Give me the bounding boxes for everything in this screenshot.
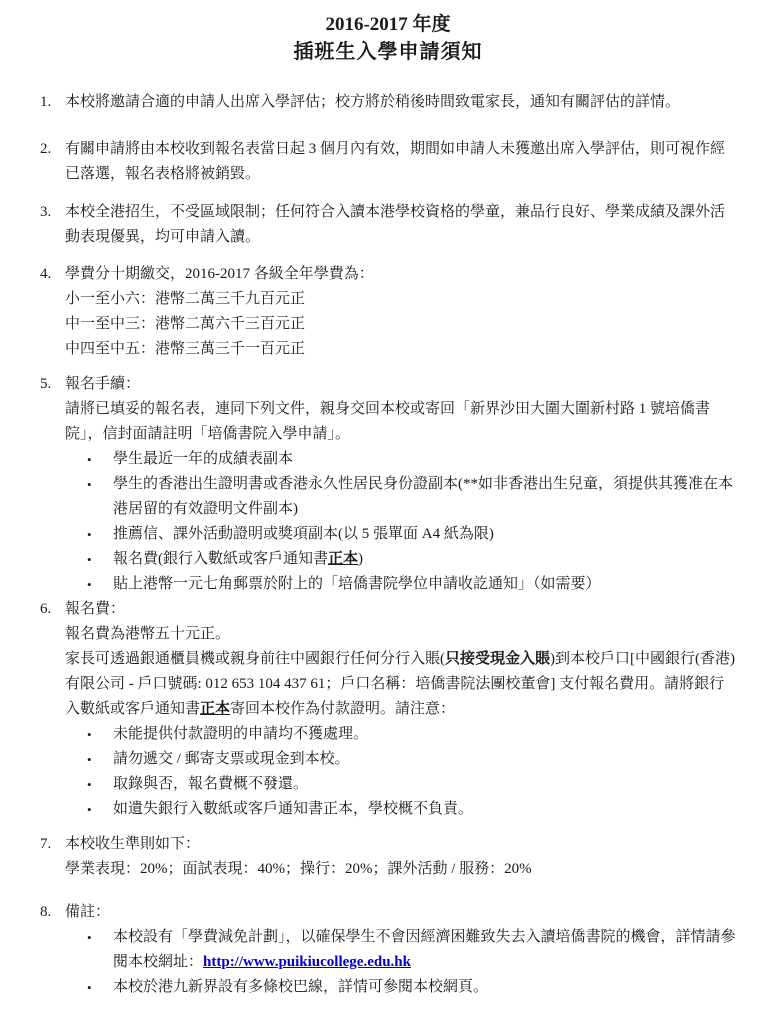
item-1: 1. 本校將邀請合適的申請人出席入學評估；校方將於稍後時間致電家長，通知有關評估… (40, 90, 736, 115)
fee-line-junior-secondary: 中一至中三：港幣二萬六千三百元正 (65, 312, 736, 337)
bullet-stamp: • 貼上港幣一元七角郵票於附上的「培僑書院學位申請收訖通知」（如需要） (87, 572, 736, 597)
bullet-icon: • (87, 472, 113, 522)
item-3: 3. 本校全港招生，不受區域限制；任何符合入讀本港學校資格的學童，兼品行良好、學… (40, 200, 736, 250)
document-title: 2016-2017 年度 插班生入學申請須知 (40, 12, 736, 66)
admission-criteria-percentages: 學業表現：20%；面試表現：40%；操行：20%；課外活動 / 服務：20% (65, 857, 736, 882)
item-6-number: 6. (40, 597, 65, 822)
item-3-text: 本校全港招生，不受區域限制；任何符合入讀本港學校資格的學童，兼品行良好、學業成績… (65, 200, 736, 250)
bullet-fee-remission: • 本校設有「學費減免計劃」，以確保學生不會因經濟困難致失去入讀培僑書院的機會，… (87, 925, 736, 975)
bullet-recommendation-letter: • 推薦信、課外活動證明或獎項副本(以 5 張單面 A4 紙為限) (87, 522, 736, 547)
bullet-icon: • (87, 447, 113, 472)
bullet-application-fee: • 報名費(銀行入數紙或客戶通知書正本) (87, 547, 736, 572)
bullet-icon: • (87, 975, 113, 1000)
original-copy-emphasis: 正本 (328, 551, 358, 567)
notice-items: 1. 本校將邀請合適的申請人出席入學評估；校方將於稍後時間致電家長，通知有關評估… (40, 90, 736, 1000)
cash-only-emphasis: 只接受現金入賬 (445, 651, 550, 667)
item-7-number: 7. (40, 832, 65, 882)
item-1-number: 1. (40, 90, 65, 115)
item-8-number: 8. (40, 900, 65, 1000)
item-5: 5. 報名手續： 請將已填妥的報名表，連同下列文件，親身交回本校或寄回「新界沙田… (40, 372, 736, 597)
bullet-no-proof: • 未能提供付款證明的申請均不獲處理。 (87, 722, 736, 747)
bullet-no-cheque: • 請勿遞交 / 郵寄支票或現金到本校。 (87, 747, 736, 772)
item-1-text: 本校將邀請合適的申請人出席入學評估；校方將於稍後時間致電家長，通知有關評估的詳情… (65, 90, 736, 115)
bullet-icon: • (87, 547, 113, 572)
item-8-bullet-list: • 本校設有「學費減免計劃」，以確保學生不會因經濟困難致失去入讀培僑書院的機會，… (87, 925, 736, 1000)
school-website-link[interactable]: http://www.puikiucollege.edu.hk (203, 954, 411, 970)
item-2-text: 有關申請將由本校收到報名表當日起 3 個月內有效，期間如申請人未獲邀出席入學評估… (65, 137, 736, 187)
bullet-birth-certificate: • 學生的香港出生證明書或香港永久性居民身份證副本(**如非香港出生兒童，須提供… (87, 472, 736, 522)
bullet-icon: • (87, 925, 113, 975)
bullet-icon: • (87, 522, 113, 547)
item-4-heading: 學費分十期繳交，2016-2017 各級全年學費為： (65, 262, 736, 287)
document-page: 2016-2017 年度 插班生入學申請須知 1. 本校將邀請合適的申請人出席入… (0, 0, 770, 1024)
item-6: 6. 報名費： 報名費為港幣五十元正。 家長可透過銀通櫃員機或親身前往中國銀行任… (40, 597, 736, 822)
title-year: 2016-2017 年度 (40, 12, 736, 38)
item-2-number: 2. (40, 137, 65, 187)
bullet-icon: • (87, 722, 113, 747)
item-2: 2. 有關申請將由本校收到報名表當日起 3 個月內有效，期間如申請人未獲邀出席入… (40, 137, 736, 187)
item-6-bullet-list: • 未能提供付款證明的申請均不獲處理。 • 請勿遞交 / 郵寄支票或現金到本校。… (87, 722, 736, 822)
bullet-non-refundable: • 取錄與否，報名費概不發還。 (87, 772, 736, 797)
item-4-number: 4. (40, 262, 65, 362)
bullet-icon: • (87, 747, 113, 772)
bullet-report-card: • 學生最近一年的成績表副本 (87, 447, 736, 472)
item-5-number: 5. (40, 372, 65, 597)
item-6-heading: 報名費： (65, 597, 736, 622)
item-5-heading: 報名手續： (65, 372, 736, 397)
bullet-icon: • (87, 572, 113, 597)
item-7: 7. 本校收生準則如下： 學業表現：20%；面試表現：40%；操行：20%；課外… (40, 832, 736, 882)
item-5-bullet-list: • 學生最近一年的成績表副本 • 學生的香港出生證明書或香港永久性居民身份證副本… (87, 447, 736, 597)
bullet-lost-slip: • 如遺失銀行入數紙或客戶通知書正本，學校概不負責。 (87, 797, 736, 822)
item-8-heading: 備註： (65, 900, 736, 925)
fee-line-senior-secondary: 中四至中五：港幣三萬三千一百元正 (65, 337, 736, 362)
fee-line-primary: 小一至小六：港幣二萬三千九百元正 (65, 287, 736, 312)
title-subject: 插班生入學申請須知 (40, 38, 736, 66)
item-6-fee-amount: 報名費為港幣五十元正。 (65, 622, 736, 647)
item-5-intro: 請將已填妥的報名表，連同下列文件，親身交回本校或寄回「新界沙田大圍大圍新村路 1… (65, 397, 736, 447)
original-copy-emphasis: 正本 (200, 701, 230, 717)
item-6-payment-paragraph: 家長可透過銀通櫃員機或親身前往中國銀行任何分行入賬(只接受現金入賬)到本校戶口[… (65, 647, 736, 722)
bullet-icon: • (87, 797, 113, 822)
item-3-number: 3. (40, 200, 65, 250)
item-4: 4. 學費分十期繳交，2016-2017 各級全年學費為： 小一至小六：港幣二萬… (40, 262, 736, 362)
item-7-heading: 本校收生準則如下： (65, 832, 736, 857)
item-8: 8. 備註： • 本校設有「學費減免計劃」，以確保學生不會因經濟困難致失去入讀培… (40, 900, 736, 1000)
bullet-school-bus: • 本校於港九新界設有多條校巴線，詳情可參閱本校網頁。 (87, 975, 736, 1000)
bullet-icon: • (87, 772, 113, 797)
